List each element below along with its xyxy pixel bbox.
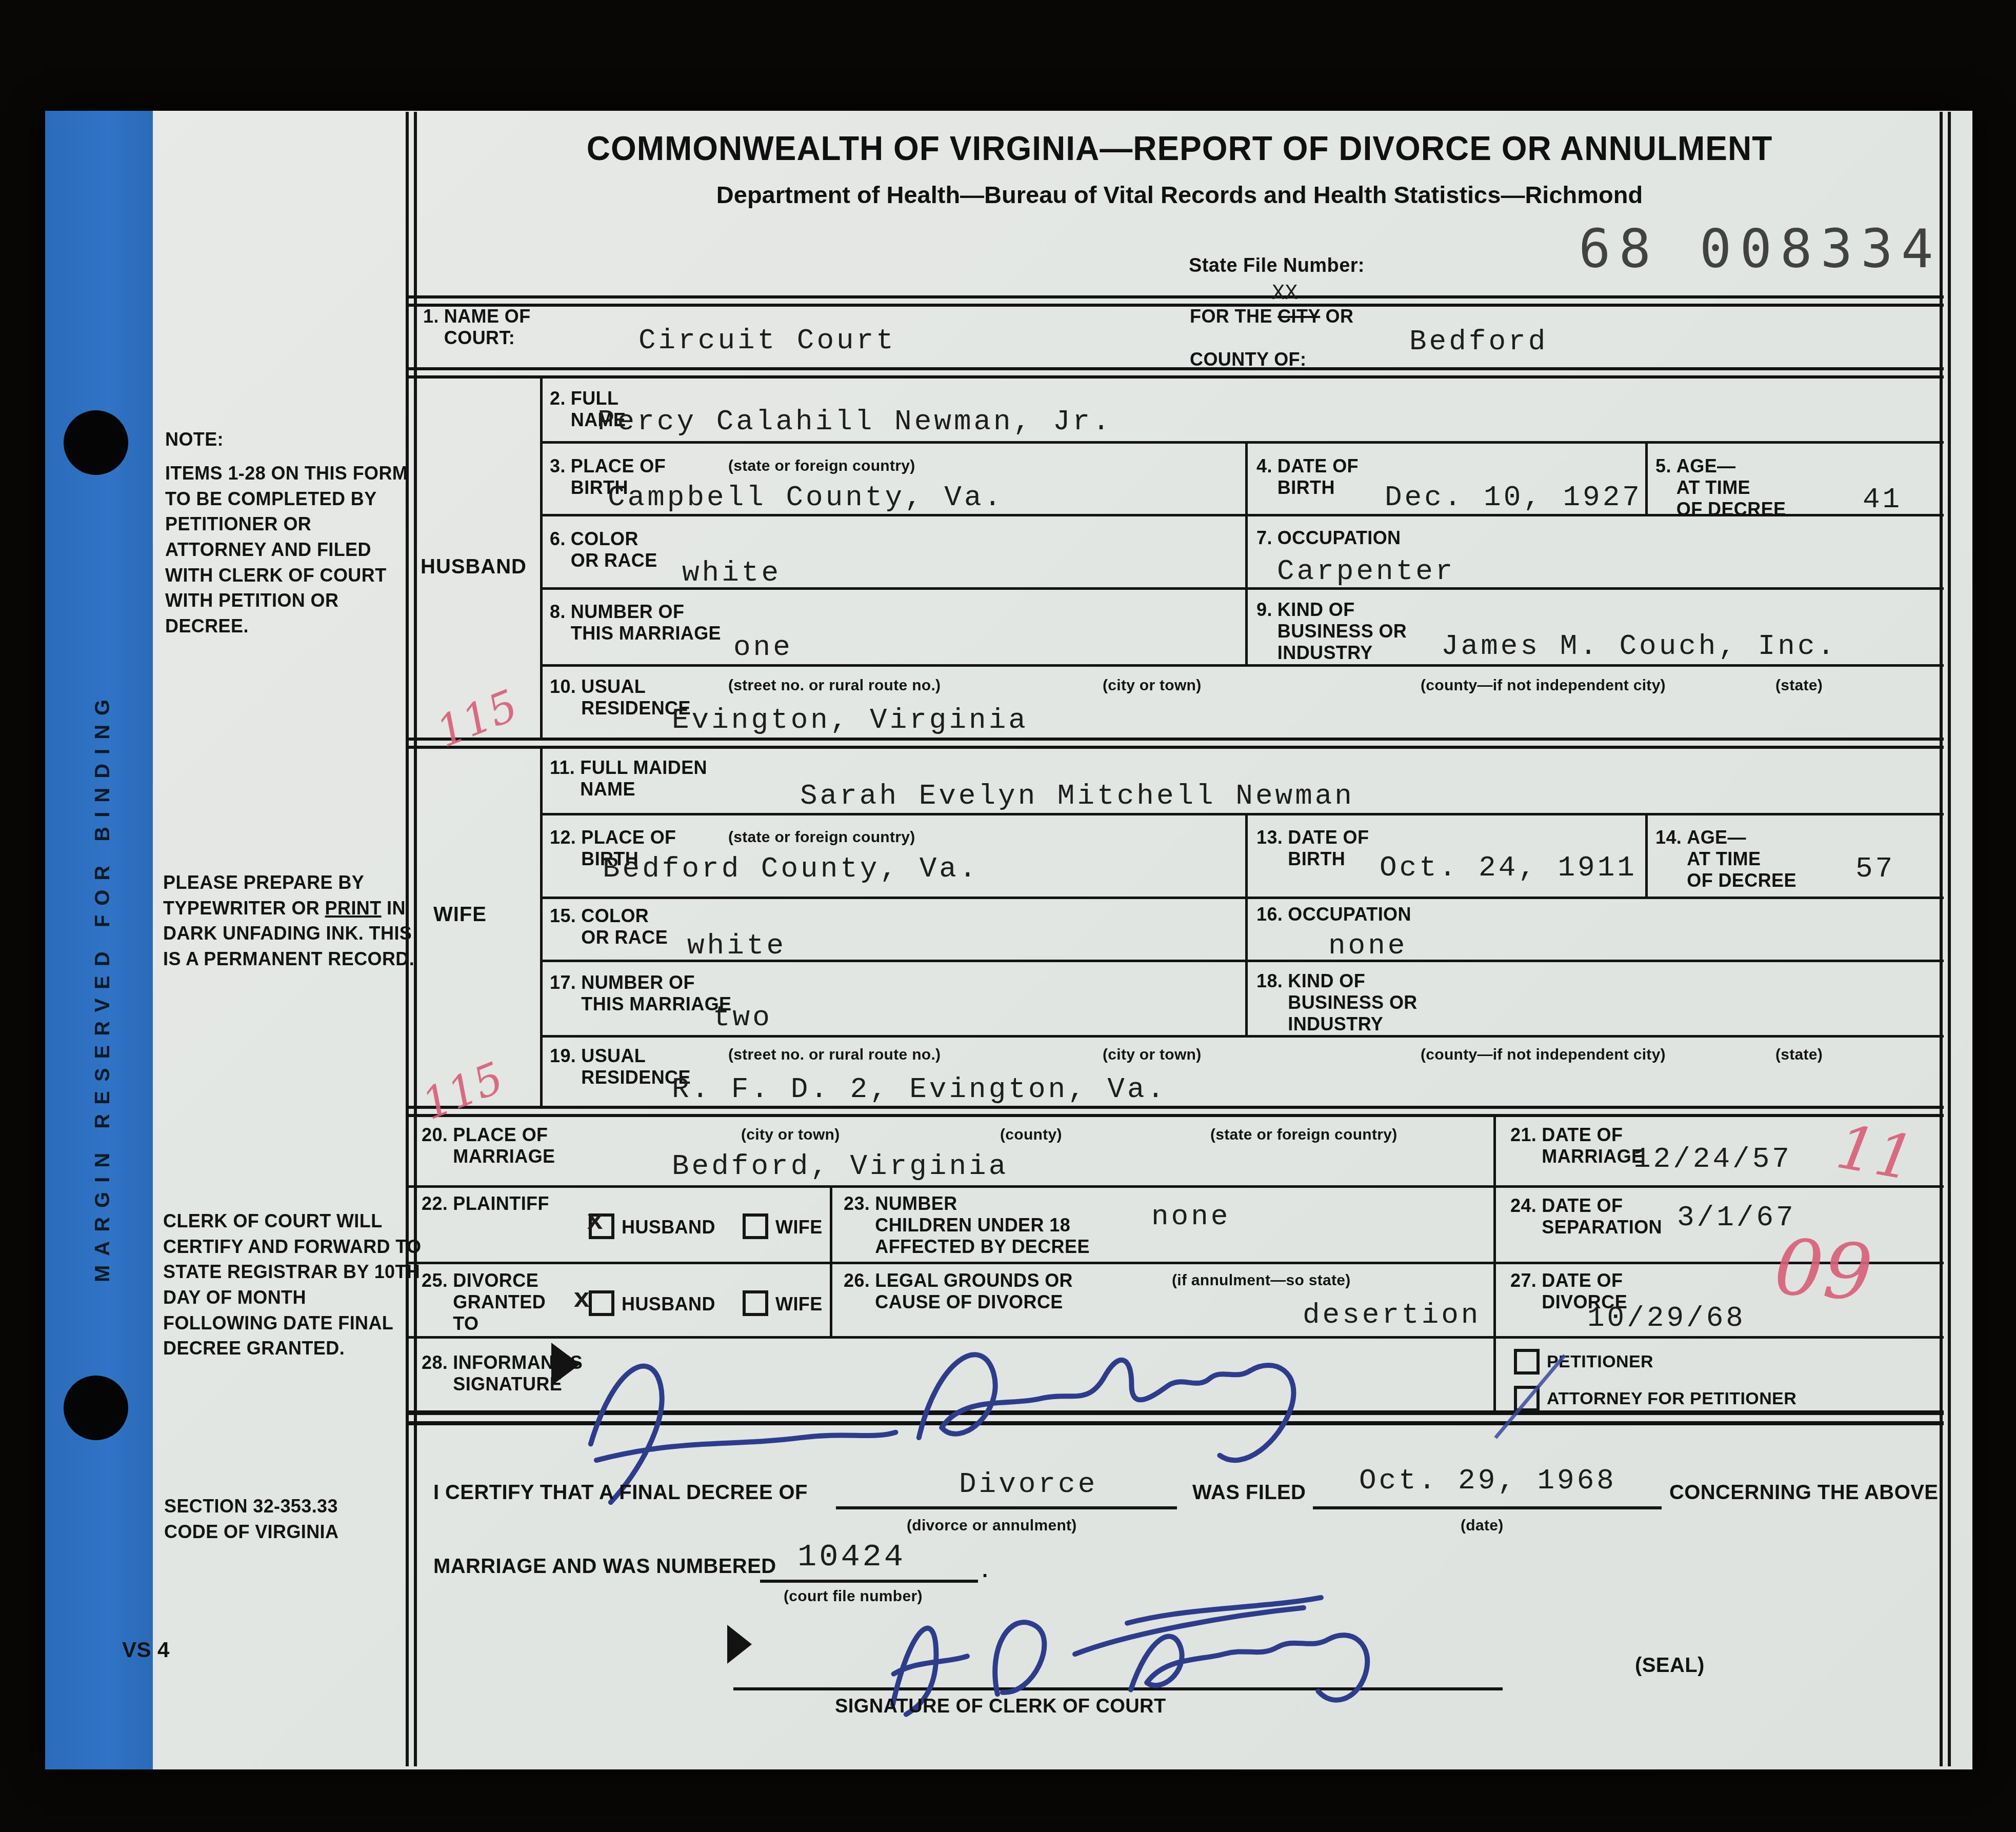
field-12-sublabel: (state or foreign country)	[728, 829, 915, 846]
field-3-sublabel: (state or foreign country)	[728, 457, 915, 475]
vline-wife-age	[1645, 813, 1648, 898]
field-25-label: 25. DIVORCE GRANTED TO	[422, 1270, 546, 1334]
field-9-caption: KIND OF BUSINESS OR INDUSTRY	[1278, 599, 1407, 663]
field-26-sublabel: (if annulment—so state)	[1172, 1272, 1351, 1289]
field-15-caption: COLOR OR RACE	[581, 905, 668, 948]
city-struck-text: CITY	[1278, 306, 1320, 327]
granted-husband-checkbox	[589, 1290, 614, 1316]
plaintiff-wife-checkbox	[743, 1213, 768, 1239]
wife-occupation-value: none	[1328, 929, 1407, 962]
husband-birthplace-value: Campbell County, Va.	[608, 481, 1004, 514]
rule-under-row1	[408, 367, 1944, 379]
field-7-number: 7.	[1256, 527, 1272, 549]
field-11-number: 11.	[550, 757, 575, 800]
field-9-label: 9. KIND OF BUSINESS OR INDUSTRY	[1256, 599, 1407, 663]
field-6-number: 6.	[550, 528, 566, 571]
county-value: Bedford	[1409, 325, 1548, 358]
rule-r22	[408, 1262, 1944, 1264]
rule-top	[408, 295, 1944, 307]
field-14-label: 14. AGE— AT TIME OF DECREE	[1655, 827, 1797, 891]
marriage-date-annotation: 11	[1831, 1111, 1920, 1194]
decree-type-value: Divorce	[959, 1468, 1097, 1501]
xx-overstrike: XX	[1272, 281, 1298, 306]
marriage-date-value: 12/24/57	[1633, 1143, 1792, 1176]
field-26-number: 26.	[844, 1270, 870, 1313]
for-the-text: FOR THE	[1190, 306, 1272, 327]
field-26-label: 26. LEGAL GROUNDS OR CAUSE OF DIVORCE	[844, 1270, 1073, 1313]
field-17-caption: NUMBER OF THIS MARRIAGE	[581, 972, 731, 1015]
wife-maiden-name-value: Sarah Evelyn Mitchell Newman	[800, 780, 1354, 812]
margin-note-body: ITEMS 1-28 ON THIS FORM TO BE COMPLETED …	[165, 461, 410, 639]
margin-prepare-note: PLEASE PREPARE BY TYPEWRITER OR PRINT IN…	[163, 870, 415, 972]
plaintiff-wife-label: WIFE	[775, 1217, 823, 1238]
husband-section-label: HUSBAND	[421, 555, 527, 579]
field-24-number: 24.	[1510, 1195, 1536, 1238]
field-25-caption: DIVORCE GRANTED TO	[453, 1270, 546, 1334]
husband-birthdate-value: Dec. 10, 1927	[1385, 481, 1642, 514]
field-20-sub-state: (state or foreign country)	[1210, 1126, 1398, 1144]
field-19-label: 19. USUAL RESIDENCE	[550, 1045, 691, 1088]
vline-wife-col	[540, 748, 543, 1107]
form-code: VS 4	[122, 1635, 170, 1665]
plaintiff-husband-label: HUSBAND	[622, 1217, 715, 1238]
field-19-sub-state: (state)	[1775, 1046, 1823, 1064]
wife-marriage-number-value: two	[713, 1001, 772, 1034]
form-title: COMMONWEALTH OF VIRGINIA—REPORT OF DIVOR…	[415, 128, 1944, 168]
vline-plaintiff-col	[830, 1185, 832, 1337]
divorce-date-value: 10/29/68	[1587, 1302, 1746, 1335]
separation-date-annotation: 09	[1771, 1223, 1875, 1319]
field-10-sub-county: (county—if not independent city)	[1421, 677, 1666, 694]
attorney-label: ATTORNEY FOR PETITIONER	[1547, 1389, 1797, 1409]
granted-husband-label: HUSBAND	[622, 1293, 715, 1315]
field-21-label: 21. DATE OF MARRIAGE	[1510, 1124, 1644, 1167]
certify-text-4: MARRIAGE AND WAS NUMBERED	[433, 1555, 776, 1578]
margin-note-heading: NOTE:	[165, 427, 406, 452]
field-8-number: 8.	[550, 601, 566, 644]
punch-hole-top	[64, 410, 128, 475]
filed-date-sublabel: (date)	[1461, 1517, 1503, 1535]
vline-husband-col	[540, 379, 543, 739]
county-of-text: COUNTY OF:	[1190, 349, 1306, 370]
field-17-label: 17. NUMBER OF THIS MARRIAGE	[550, 972, 731, 1015]
field-8-caption: NUMBER OF THIS MARRIAGE	[571, 601, 721, 644]
field-23-number: 23.	[844, 1193, 870, 1257]
wife-race-value: white	[687, 929, 786, 962]
field-11-label: 11. FULL MAIDEN NAME	[550, 757, 707, 800]
vline-dates-col	[1493, 1117, 1496, 1412]
field-6-caption: COLOR OR RACE	[571, 528, 657, 571]
punch-hole-bottom	[64, 1376, 128, 1440]
wife-section-label: WIFE	[433, 903, 487, 926]
field-13-label: 13. DATE OF BIRTH	[1256, 827, 1369, 870]
field-20-number: 20.	[422, 1124, 448, 1167]
field-10-sub-street: (street no. or rural route no.)	[728, 677, 941, 694]
county-caption: FOR THE CITY OR COUNTY OF:	[1190, 306, 1353, 370]
field-19-sub-city: (city or town)	[1103, 1046, 1202, 1064]
decree-type-sublabel: (divorce or annulment)	[907, 1517, 1077, 1535]
field-27-number: 27.	[1510, 1270, 1536, 1313]
field-10-number: 10.	[550, 676, 576, 719]
state-file-number-label: State File Number:	[1189, 254, 1365, 277]
field-26-caption: LEGAL GROUNDS OR CAUSE OF DIVORCE	[875, 1270, 1073, 1313]
granted-wife-label: WIFE	[775, 1293, 823, 1315]
rule-under-wife	[408, 1106, 1944, 1117]
rule-r2	[540, 441, 1944, 444]
rule-r11	[540, 813, 1944, 815]
certify-text-1: I CERTIFY THAT A FINAL DECREE OF	[433, 1481, 808, 1504]
seal-label: (SEAL)	[1635, 1654, 1705, 1677]
rule-r8	[540, 664, 1944, 667]
field-14-caption: AGE— AT TIME OF DECREE	[1687, 827, 1797, 891]
field-7-label: 7. OCCUPATION	[1256, 527, 1401, 549]
field-21-caption: DATE OF MARRIAGE	[1542, 1124, 1644, 1167]
granted-husband-checkmark: x	[573, 1284, 590, 1316]
field-19-number: 19.	[550, 1045, 576, 1088]
marriage-place-value: Bedford, Virginia	[672, 1150, 1008, 1183]
field-14-number: 14.	[1655, 827, 1682, 891]
vline-husband-age	[1645, 441, 1648, 515]
field-5-number: 5.	[1655, 455, 1671, 520]
field-8-label: 8. NUMBER OF THIS MARRIAGE	[550, 601, 721, 644]
field-10-sub-state: (state)	[1775, 677, 1823, 694]
prepare-note-print-word: PRINT	[325, 898, 382, 919]
state-file-number-stamp: 68 008334	[1579, 217, 1942, 280]
field-22-caption: PLAINTIFF	[453, 1193, 549, 1214]
field-15-label: 15. COLOR OR RACE	[550, 905, 668, 948]
field-10-sub-city: (city or town)	[1103, 677, 1202, 694]
field-5-label: 5. AGE— AT TIME OF DECREE	[1655, 455, 1786, 520]
husband-full-name-value: Percy Calahill Newman, Jr.	[597, 405, 1112, 438]
field-20-sub-city: (city or town)	[741, 1126, 840, 1144]
clerk-signature-caption: SIGNATURE OF CLERK OF COURT	[835, 1696, 1166, 1718]
field-21-number: 21.	[1510, 1124, 1536, 1167]
field-7-caption: OCCUPATION	[1278, 527, 1401, 549]
field-15-number: 15.	[550, 905, 576, 948]
petitioner-checkbox	[1514, 1349, 1540, 1375]
field-4-caption: DATE OF BIRTH	[1278, 455, 1359, 499]
rule-r17	[540, 1035, 1944, 1038]
field-11-caption: FULL MAIDEN NAME	[580, 757, 707, 800]
field-24-label: 24. DATE OF SEPARATION	[1510, 1195, 1662, 1238]
field-13-caption: DATE OF BIRTH	[1288, 827, 1369, 870]
field-19-sub-county: (county—if not independent city)	[1421, 1046, 1666, 1064]
wife-birthplace-value: Bedford County, Va.	[603, 852, 979, 885]
field-28-number: 28.	[422, 1352, 448, 1395]
wife-age-value: 57	[1855, 852, 1895, 885]
field-18-caption: KIND OF BUSINESS OR INDUSTRY	[1288, 970, 1417, 1034]
field-1-number: 1.	[423, 306, 439, 349]
field-4-label: 4. DATE OF BIRTH	[1256, 455, 1359, 499]
field-18-number: 18.	[1256, 970, 1283, 1034]
field-6-label: 6. COLOR OR RACE	[550, 528, 657, 571]
field-20-caption: PLACE OF MARRIAGE	[453, 1124, 555, 1167]
field-17-number: 17.	[550, 972, 576, 1015]
field-13-number: 13.	[1256, 827, 1283, 870]
field-1-label: 1. NAME OF COURT:	[423, 306, 531, 349]
husband-age-value: 41	[1863, 483, 1902, 516]
field-25-number: 25.	[422, 1270, 448, 1334]
certify-text-3: CONCERNING THE ABOVE	[1669, 1481, 1938, 1504]
field-16-number: 16.	[1256, 904, 1283, 925]
husband-marriage-number-value: one	[733, 631, 793, 664]
field-16-label: 16. OCCUPATION	[1256, 904, 1411, 925]
field-23-label: 23. NUMBER CHILDREN UNDER 18 AFFECTED BY…	[844, 1193, 1090, 1257]
rule-r12	[540, 897, 1944, 899]
husband-occupation-value: Carpenter	[1277, 555, 1455, 588]
field-24-caption: DATE OF SEPARATION	[1542, 1195, 1662, 1238]
field-23-caption: NUMBER CHILDREN UNDER 18 AFFECTED BY DEC…	[875, 1193, 1090, 1257]
field-18-label: 18. KIND OF BUSINESS OR INDUSTRY	[1256, 970, 1418, 1034]
certify-text-2: WAS FILED	[1192, 1481, 1306, 1504]
field-16-caption: OCCUPATION	[1288, 904, 1411, 925]
form-subtitle: Department of Health—Bureau of Vital Rec…	[415, 181, 1944, 209]
form-right-border	[1940, 112, 1951, 1766]
husband-industry-value: James M. Couch, Inc.	[1441, 630, 1837, 663]
field-20-label: 20. PLACE OF MARRIAGE	[422, 1124, 555, 1167]
court-file-number-value: 10424	[797, 1539, 906, 1575]
field-3-number: 3.	[550, 455, 566, 499]
field-5-caption: AGE— AT TIME OF DECREE	[1676, 455, 1786, 520]
rule-under-husband	[408, 738, 1944, 749]
rule-r20	[408, 1185, 1944, 1188]
children-value: none	[1151, 1200, 1230, 1233]
field-22-label: 22. PLAINTIFF	[422, 1193, 549, 1214]
husband-residence-value: Evington, Virginia	[672, 704, 1028, 736]
husband-race-value: white	[682, 556, 781, 589]
granted-wife-checkbox	[743, 1290, 768, 1316]
clerk-signature-arrow	[727, 1625, 752, 1664]
field-22-number: 22.	[422, 1193, 448, 1214]
wife-birthdate-value: Oct. 24, 1911	[1380, 851, 1637, 884]
field-19-sub-street: (street no. or rural route no.)	[728, 1046, 941, 1064]
field-2-number: 2.	[550, 388, 566, 431]
plaintiff-husband-checkmark: x	[587, 1206, 603, 1238]
field-4-number: 4.	[1256, 455, 1272, 499]
court-name-value: Circuit Court	[638, 324, 896, 357]
field-20-sub-county: (county)	[1000, 1126, 1062, 1144]
vline-wife-mid	[1245, 813, 1248, 1036]
field-9-number: 9.	[1256, 599, 1272, 663]
margin-clerk-note: CLERK OF COURT WILL CERTIFY AND FORWARD …	[163, 1208, 422, 1361]
wife-residence-value: R. F. D. 2, Evington, Va.	[672, 1073, 1167, 1106]
vline-husband-mid	[1245, 441, 1248, 665]
field-10-label: 10. USUAL RESIDENCE	[550, 676, 691, 719]
binding-margin-text: MARGIN RESERVED FOR BINDING	[91, 554, 114, 1282]
field-12-number: 12.	[550, 827, 576, 870]
margin-section-note: SECTION 32-353.33 CODE OF VIRGINIA	[164, 1494, 405, 1544]
or-text: OR	[1326, 306, 1354, 327]
form-left-border	[406, 112, 417, 1766]
field-1-caption: NAME OF COURT:	[444, 306, 531, 349]
scanned-divorce-report: MARGIN RESERVED FOR BINDING NOTE: ITEMS …	[0, 0, 2016, 1832]
filed-date-value: Oct. 29, 1968	[1359, 1464, 1616, 1497]
